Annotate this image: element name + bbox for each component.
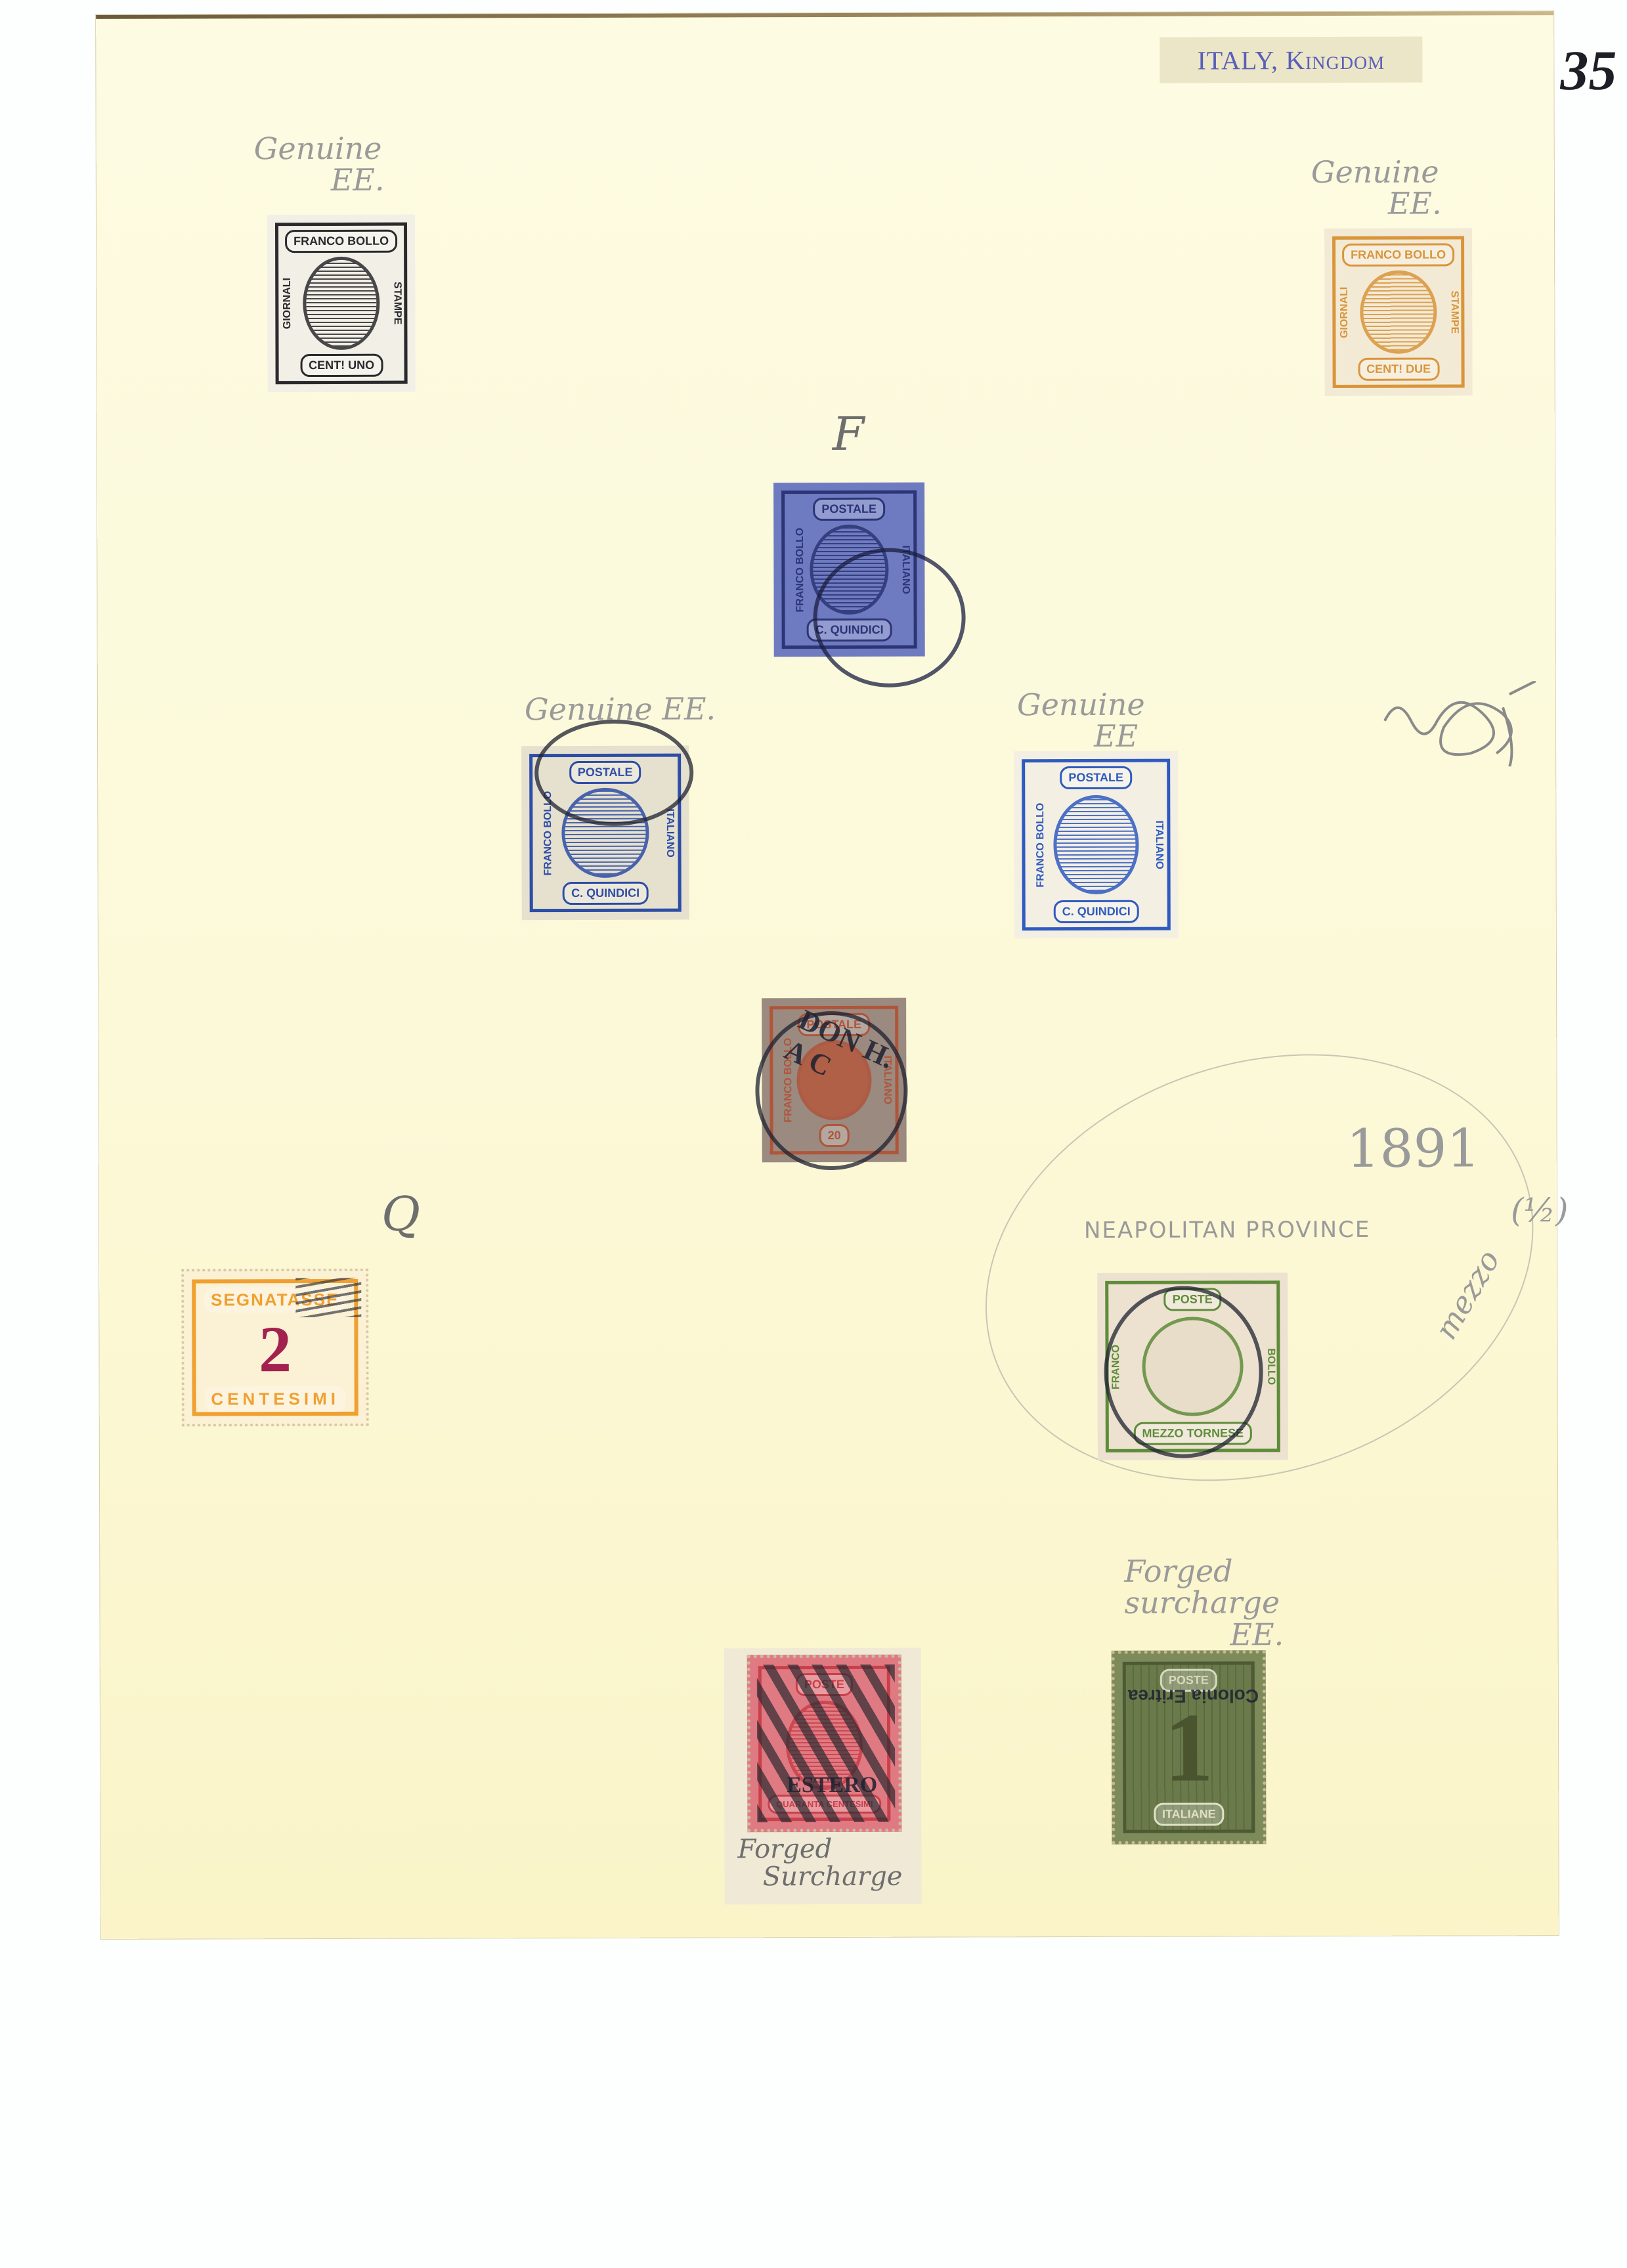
note-half: (½) [1511, 1193, 1569, 1228]
embossed-oval [1360, 271, 1437, 354]
stamp-right-text: STAMPE [1448, 290, 1460, 334]
note-forged-surcharge-2: Forged Surcharge [737, 1835, 902, 1891]
stamp-top-text: FRANCO BOLLO [285, 230, 397, 253]
note-mark-f: F [833, 410, 865, 459]
stamp-15c-blue-unused: POSTALE FRANCO BOLLO ITALIANO C. QUINDIC… [1014, 751, 1179, 939]
stamp-15c-blue-used: POSTALE FRANCO BOLLO ITALIANO C. QUINDIC… [521, 746, 689, 921]
note-mark-q: Q [381, 1190, 420, 1240]
country-heading-label: ITALY, Kingdom [1160, 37, 1422, 83]
note-genuine-2: Genuine EE. [1311, 156, 1442, 220]
stamp-left-text: FRANCO BOLLO [1035, 802, 1047, 887]
note-genuine-4: Genuine EE [1017, 689, 1145, 752]
stamp-right-text: BOLLO [1265, 1348, 1276, 1385]
stamp-bottom-text: CENT! UNO [300, 354, 383, 377]
portrait-oval [1053, 795, 1139, 894]
stamp-bottom-text: ITALIANE [1154, 1802, 1225, 1825]
stamp-value: 2 [259, 1317, 292, 1382]
album-page: ITALY, Kingdom 35 Genuine EE. FRANCO BOL… [96, 11, 1559, 1939]
stamp-newspaper-2c: FRANCO BOLLO GIORNALI STAMPE CENT! DUE [1324, 228, 1473, 396]
pencil-scribble: scribbled-out note [1378, 681, 1555, 767]
note-forged-surcharge-1: Forged surcharge EE. [1124, 1555, 1284, 1651]
stamp-right-text: ITALIANO [663, 808, 675, 857]
note-neapolitan-province: NEAPOLITAN PROVINCE [1084, 1219, 1370, 1243]
stamp-bottom-text: CENTESIMI [204, 1386, 346, 1412]
cancellation-lines [295, 1278, 361, 1317]
stamp-newspaper-1c: FRANCO BOLLO GIORNALI STAMPE CENT! UNO [267, 215, 416, 393]
stamp-1c-eritrea-overprint: POSTE 1 ITALIANE Colonia Eritrea [1112, 1650, 1267, 1844]
stamp-bottom-text: CENT! DUE [1358, 358, 1439, 381]
stamp-top-text: POSTALE [813, 498, 885, 521]
stamp-postage-due-2c: SEGNATASSE 2 CENTESIMI [181, 1269, 369, 1427]
stamp-top-text: POSTALE [1060, 766, 1132, 789]
stamp-neapolitan-half-tornese: POSTE FRANCO BOLLO MEZZO TORNESE [1097, 1273, 1288, 1460]
stamp-left-text: FRANCO BOLLO [794, 527, 806, 612]
heading-region: Kingdom [1286, 44, 1385, 75]
heading-country: ITALY, [1197, 45, 1278, 76]
stamp-bottom-text: C. QUINDICI [1054, 900, 1139, 923]
stamp-left-text: GIORNALI [1339, 286, 1351, 338]
cancellation-bars [757, 1665, 896, 1823]
stamp-value: 1 [1164, 1698, 1213, 1797]
cancellation-mark [813, 548, 966, 687]
overprint-text: ESTERO [787, 1773, 877, 1798]
stamp-right-text: ITALIANO [1153, 820, 1165, 869]
note-year: 1891 [1347, 1121, 1481, 1177]
stamp-top-text: FRANCO BOLLO [1342, 243, 1454, 266]
cancellation-mark [1104, 1286, 1263, 1458]
inverted-overprint-text: Colonia Eritrea [1128, 1685, 1259, 1707]
page-number: 35 [1560, 37, 1616, 103]
stamp-left-text: GIORNALI [282, 278, 293, 329]
note-genuine-1: Genuine EE. [254, 133, 385, 196]
stamp-bottom-text: C. QUINDICI [563, 882, 648, 905]
stamp-estero-red: POSTE QUARANTA CENTESIMI ESTERO [747, 1655, 902, 1833]
stamp-20c-brown: POSTALE FRANCO BOLLO ITALIANO 20 DON H. … [762, 998, 907, 1163]
cancellation-mark [534, 720, 693, 827]
stamp-15c-dark-blue: POSTALE FRANCO BOLLO ITALIANO C. QUINDIC… [773, 483, 925, 657]
stamp-right-text: STAMPE [391, 282, 402, 325]
embossed-oval [303, 257, 380, 350]
stamp-estero-red-on-piece: POSTE QUARANTA CENTESIMI ESTERO Forged S… [724, 1648, 922, 1905]
